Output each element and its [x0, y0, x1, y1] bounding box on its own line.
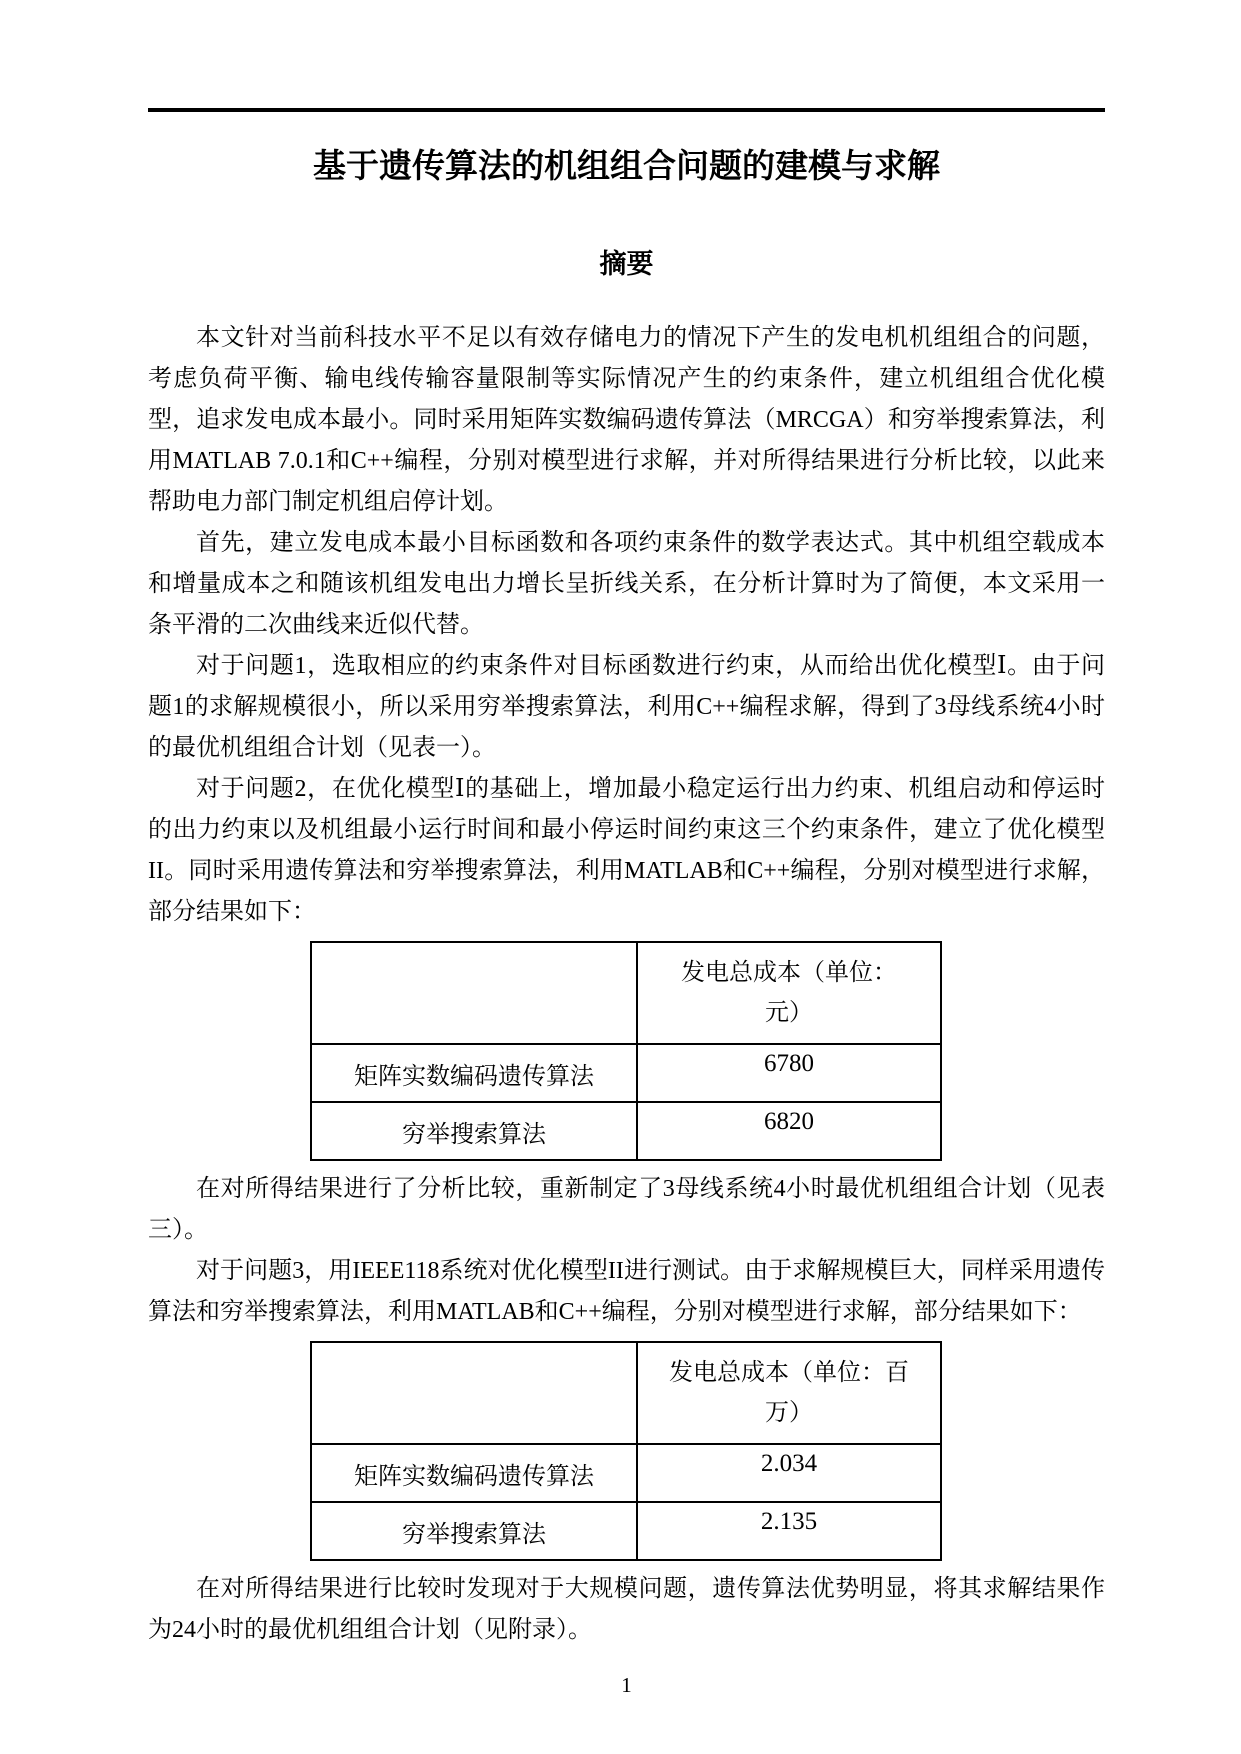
abstract-paragraph-5: 在对所得结果进行了分析比较，重新制定了3母线系统4小时最优机组组合计划（见表三）… [148, 1169, 1105, 1251]
document-page: 基于遗传算法的机组组合问题的建模与求解 摘要 本文针对当前科技水平不足以有效存储… [0, 0, 1241, 1754]
document-title: 基于遗传算法的机组组合问题的建模与求解 [148, 144, 1105, 188]
table-header-empty-cell [311, 942, 637, 1044]
table-header-cost-cell: 发电总成本（单位： 元） [637, 942, 941, 1044]
cost-value-cell: 2.034 [637, 1444, 941, 1502]
abstract-paragraph-6: 对于问题3，用IEEE118系统对优化模型II进行测试。由于求解规模巨大，同样采… [148, 1251, 1105, 1333]
cost-value-cell: 2.135 [637, 1502, 941, 1560]
table-header-row: 发电总成本（单位： 元） [311, 942, 941, 1044]
cost-table-problem2: 发电总成本（单位： 元） 矩阵实数编码遗传算法 6780 穷举搜索算法 6820 [310, 941, 942, 1161]
cost-value-cell: 6780 [637, 1044, 941, 1102]
abstract-paragraph-1: 本文针对当前科技水平不足以有效存储电力的情况下产生的发电机机组组合的问题，考虑负… [148, 318, 1105, 523]
method-name-cell: 矩阵实数编码遗传算法 [311, 1044, 637, 1102]
table-row-mrcga: 矩阵实数编码遗传算法 6780 [311, 1044, 941, 1102]
table-header-empty-cell [311, 1342, 637, 1444]
page-number: 1 [148, 1673, 1105, 1698]
cost-value-cell: 6820 [637, 1102, 941, 1160]
abstract-heading: 摘要 [148, 246, 1105, 282]
table-header-row: 发电总成本（单位：百 万） [311, 1342, 941, 1444]
abstract-paragraph-2: 首先，建立发电成本最小目标函数和各项约束条件的数学表达式。其中机组空载成本和增量… [148, 523, 1105, 646]
table-row-exhaustive: 穷举搜索算法 6820 [311, 1102, 941, 1160]
abstract-paragraph-3: 对于问题1，选取相应的约束条件对目标函数进行约束，从而给出优化模型Ⅰ。由于问题1… [148, 646, 1105, 769]
abstract-paragraph-4: 对于问题2，在优化模型Ⅰ的基础上，增加最小稳定运行出力约束、机组启动和停运时的出… [148, 769, 1105, 933]
table-row-mrcga: 矩阵实数编码遗传算法 2.034 [311, 1444, 941, 1502]
table-row-exhaustive: 穷举搜索算法 2.135 [311, 1502, 941, 1560]
abstract-paragraph-7: 在对所得结果进行比较时发现对于大规模问题，遗传算法优势明显，将其求解结果作为24… [148, 1569, 1105, 1651]
table-header-cost-cell: 发电总成本（单位：百 万） [637, 1342, 941, 1444]
method-name-cell: 穷举搜索算法 [311, 1502, 637, 1560]
header-rule [148, 108, 1105, 112]
cost-table-problem3: 发电总成本（单位：百 万） 矩阵实数编码遗传算法 2.034 穷举搜索算法 2.… [310, 1341, 942, 1561]
method-name-cell: 穷举搜索算法 [311, 1102, 637, 1160]
method-name-cell: 矩阵实数编码遗传算法 [311, 1444, 637, 1502]
document-content: 基于遗传算法的机组组合问题的建模与求解 摘要 本文针对当前科技水平不足以有效存储… [148, 0, 1105, 1698]
